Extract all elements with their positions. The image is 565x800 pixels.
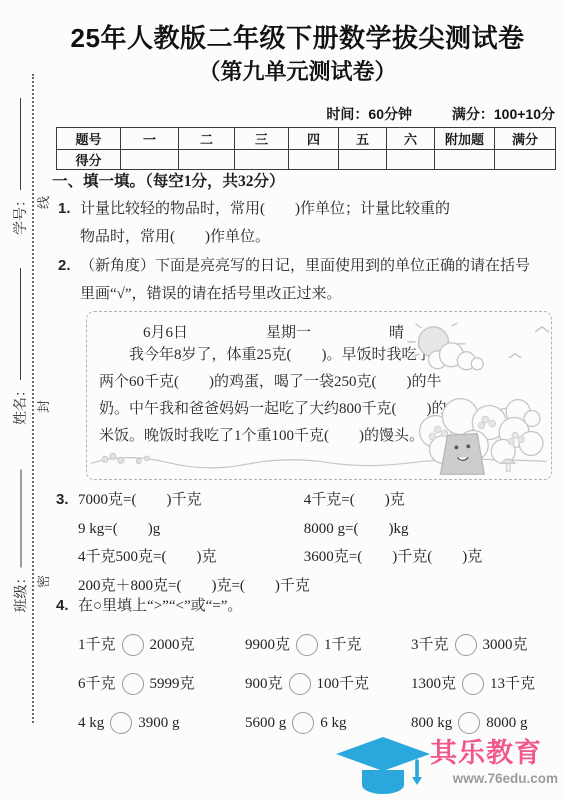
compare-item: 1千克2000克 [78, 631, 245, 659]
conversion-item: 3600克=( )千克( )克 [304, 549, 482, 565]
student-name-label: 姓名： [10, 383, 30, 425]
question-3-rows: 7000克=( )千克 4千克=( )克 9 kg=( )g 8000 g=( … [56, 486, 482, 600]
flowers-icon [102, 453, 149, 463]
score-row-label: 得分 [57, 150, 121, 170]
class-field: 班级： [8, 458, 34, 613]
diary-box: 6月6日 星期一 晴 我今年8岁了，体重25克( )。早饭时我吃了 两个60千克… [86, 311, 552, 480]
score-table-header-cell: 五 [339, 128, 387, 150]
score-cell-empty [179, 150, 235, 170]
question-1-text: 计量比较轻的物品时，常用( )作单位；计量比较重的 [80, 201, 450, 217]
page-title: 25年人教版二年级下册数学拔尖测试卷 [40, 18, 555, 55]
question-1: 1.计量比较轻的物品时，常用( )作单位；计量比较重的 物品时，常用( )作单位… [58, 195, 450, 251]
compare-item: 1300克13千克 [411, 670, 535, 698]
question-2: 2.（新角度）下面是亮亮写的日记，里面使用到的单位正确的请在括号 里画“√”，错… [58, 252, 530, 308]
question-2-number: 2. [58, 252, 80, 280]
score-table-header-cell: 二 [179, 128, 235, 150]
class-label: 班级： [11, 571, 31, 613]
compare-circle [458, 712, 480, 734]
compare-right: 1千克 [324, 631, 362, 659]
question-1-number: 1. [58, 195, 80, 223]
compare-right: 3900 g [138, 709, 179, 737]
compare-right: 8000 g [486, 709, 527, 737]
conversion-row: 4千克500克=( )克 3600克=( )千克( )克 [78, 543, 482, 572]
brand-name: 其乐教育 [430, 738, 558, 768]
question-3: 3. 7000克=( )千克 4千克=( )克 9 kg=( )g 8000 g… [56, 486, 482, 600]
compare-row: 6千克5999克 900克100千克 1300克13千克 [78, 664, 535, 703]
compare-left: 1千克 [78, 631, 116, 659]
compare-left: 5600 g [245, 709, 286, 737]
diary-line: 奶。中午我和爸爸妈妈一起吃了大约800千克( )的 [87, 396, 551, 423]
score-table-score-row: 得分 [57, 150, 556, 170]
exam-time: 时间：60分钟 [326, 106, 412, 122]
score-table-header-cell: 一 [121, 128, 179, 150]
score-cell-empty [121, 150, 179, 170]
compare-circle [122, 673, 144, 695]
compare-right: 2000克 [150, 631, 195, 659]
brand-block: 其乐教育 www.76edu.com [430, 738, 558, 786]
compare-left: 4 kg [78, 709, 104, 737]
class-blank-line [20, 470, 21, 568]
question-4-number: 4. [56, 592, 78, 620]
compare-right: 3000克 [483, 631, 528, 659]
seal-char-xian: 线 [33, 196, 52, 209]
compare-circle [462, 673, 484, 695]
mushroom-icon [501, 459, 515, 471]
score-table-header-cell: 附加题 [435, 128, 495, 150]
compare-left: 6千克 [78, 670, 116, 698]
compare-item: 3千克3000克 [411, 631, 528, 659]
score-table-header-cell: 四 [289, 128, 339, 150]
compare-right: 100千克 [317, 670, 370, 698]
compare-item: 5600 g6 kg [245, 709, 411, 737]
diary-line: 两个60千克( )的鸡蛋，喝了一袋250克( )的牛 [87, 369, 551, 396]
exam-full-score: 满分：100+10分 [452, 106, 555, 122]
student-name-blank-line [20, 268, 21, 380]
graduation-cap-icon [333, 737, 433, 799]
diary-header: 6月6日 星期一 晴 [87, 312, 551, 342]
compare-left: 1300克 [411, 670, 456, 698]
conversion-row: 7000克=( )千克 4千克=( )克 [78, 486, 482, 515]
conversion-item: 4千克500克=( )克 [78, 543, 300, 572]
compare-circle [455, 634, 477, 656]
question-2-line-2: 里画“√”，错误的请在括号里改正过来。 [58, 280, 530, 308]
page-subtitle: （第九单元测试卷） [40, 55, 555, 86]
score-table-header-cell: 题号 [57, 128, 121, 150]
question-4-rows: 1千克2000克 9900克1千克 3千克3000克 6千克5999克 900克… [56, 625, 535, 742]
score-cell-empty [387, 150, 435, 170]
diary-line: 我今年8岁了，体重25克( )。早饭时我吃了 [87, 342, 551, 369]
exam-meta: 时间：60分钟 满分：100+10分 [48, 104, 555, 124]
question-4: 4.在○里填上“>”“<”或“=”。 1千克2000克 9900克1千克 3千克… [56, 592, 535, 742]
compare-row: 1千克2000克 9900克1千克 3千克3000克 [78, 625, 535, 664]
conversion-item: 8000 g=( )kg [304, 521, 409, 537]
compare-left: 3千克 [411, 631, 449, 659]
compare-row: 4 kg3900 g 5600 g6 kg 800 kg8000 g [78, 703, 535, 742]
diary-weather: 晴 [389, 321, 404, 342]
section-1-heading: 一、填一填。（每空1分，共32分） [52, 169, 285, 191]
compare-left: 800 kg [411, 709, 452, 737]
conversion-row: 9 kg=( )g 8000 g=( )kg [78, 515, 482, 544]
score-table-header-cell: 三 [235, 128, 289, 150]
compare-left: 9900克 [245, 631, 290, 659]
score-cell-empty [435, 150, 495, 170]
question-4-heading: 在○里填上“>”“<”或“=”。 [78, 598, 242, 614]
conversion-item: 7000克=( )千克 [78, 486, 300, 515]
score-table-header-cell: 六 [387, 128, 435, 150]
score-cell-empty [235, 150, 289, 170]
question-2-text: （新角度）下面是亮亮写的日记，里面使用到的单位正确的请在括号 [80, 258, 530, 274]
score-table-header-row: 题号 一 二 三 四 五 六 附加题 满分 [57, 128, 556, 150]
compare-circle [110, 712, 132, 734]
ground-line [91, 458, 547, 468]
conversion-item: 9 kg=( )g [78, 515, 300, 544]
compare-circle [122, 634, 144, 656]
diary-date: 6月6日 [143, 321, 188, 342]
diary-weekday: 星期一 [266, 321, 311, 342]
score-cell-empty [289, 150, 339, 170]
student-name-field: 姓名： [7, 255, 33, 425]
score-cell-empty [495, 150, 556, 170]
diary-line: 米饭。晚饭时我吃了1个重100千克( )的馒头。 [87, 423, 551, 450]
compare-circle [289, 673, 311, 695]
compare-right: 6 kg [320, 709, 346, 737]
compare-item: 6千克5999克 [78, 670, 245, 698]
compare-item: 9900克1千克 [245, 631, 411, 659]
score-cell-empty [339, 150, 387, 170]
compare-item: 800 kg8000 g [411, 709, 528, 737]
seal-char-feng: 封 [33, 400, 52, 413]
brand-url: www.76edu.com [430, 771, 558, 786]
student-number-label: 学号： [10, 193, 30, 235]
question-2-line-1: 2.（新角度）下面是亮亮写的日记，里面使用到的单位正确的请在括号 [58, 252, 530, 280]
question-4-heading-line: 4.在○里填上“>”“<”或“=”。 [56, 592, 535, 620]
student-number-field: 学号： [7, 85, 33, 235]
question-1-line-2: 物品时，常用( )作单位。 [58, 223, 450, 251]
compare-circle [296, 634, 318, 656]
compare-circle [292, 712, 314, 734]
compare-item: 900克100千克 [245, 670, 411, 698]
score-table: 题号 一 二 三 四 五 六 附加题 满分 得分 [56, 127, 556, 170]
student-number-blank-line [20, 98, 21, 190]
conversion-item: 4千克=( )克 [304, 492, 405, 508]
compare-left: 900克 [245, 670, 283, 698]
compare-item: 4 kg3900 g [78, 709, 245, 737]
compare-right: 5999克 [150, 670, 195, 698]
score-table-header-cell: 满分 [495, 128, 556, 150]
question-3-number: 3. [56, 486, 78, 514]
compare-right: 13千克 [490, 670, 535, 698]
seal-char-mi: 密 [33, 575, 52, 588]
question-1-line-1: 1.计量比较轻的物品时，常用( )作单位；计量比较重的 [58, 195, 450, 223]
